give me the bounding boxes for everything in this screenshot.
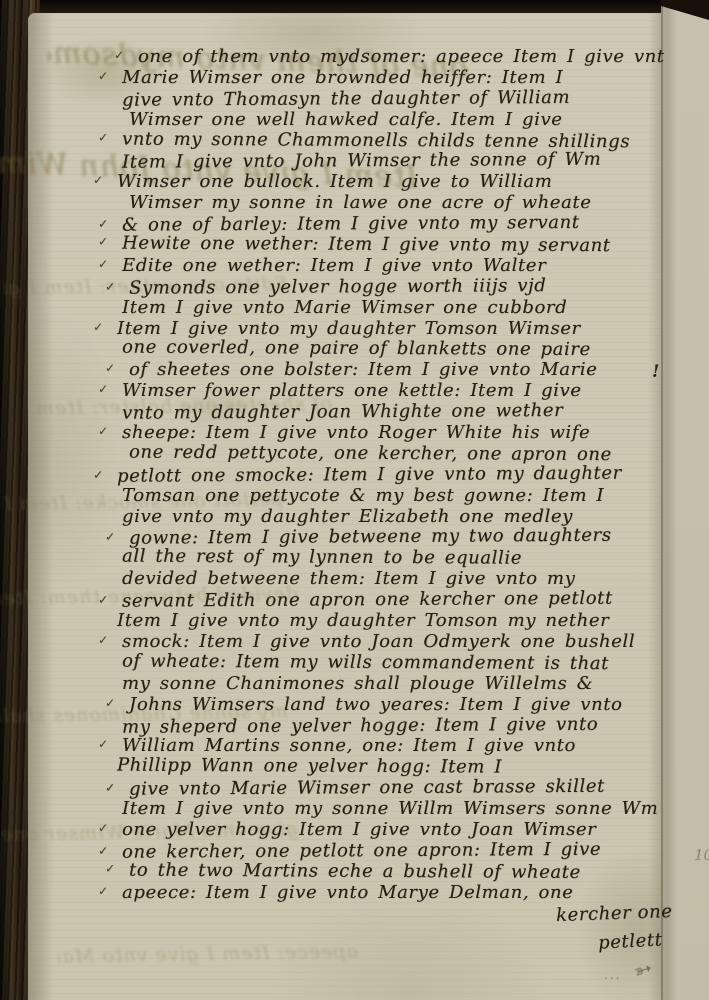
margin-checkmark-icon: ✓: [98, 633, 109, 647]
manuscript-line: Tomsan one pettycote & my best gowne: It…: [122, 485, 670, 506]
manuscript-line: ✓of sheetes one bolster: Item I give vnt…: [129, 359, 670, 380]
margin-checkmark-icon: ✓: [98, 424, 109, 438]
margin-checkmark-icon: ✓: [114, 48, 125, 62]
margin-checkmark-icon: ✓: [98, 69, 109, 83]
margin-exclamation-mark: !: [652, 362, 659, 382]
manuscript-line: ✓Wimser one bullock. Item I give to Will…: [117, 171, 670, 192]
manuscript-line: ✓Hewite one wether: Item I give vnto my …: [122, 233, 670, 257]
margin-checkmark-icon: ✓: [105, 781, 116, 795]
manuscript-line: give vnto Thomasyn the daughter of Willi…: [122, 86, 670, 110]
manuscript-line: ✓apeece: Item I give vnto Marye Delman, …: [122, 882, 670, 903]
margin-checkmark-icon: ✓: [105, 361, 116, 375]
manuscript-line: ✓give vnto Marie Wimser one cast brasse …: [129, 776, 670, 800]
manuscript-line: ✓one of them vnto mydsomer: apeece Item …: [138, 46, 670, 67]
manuscript-line: ✓one kercher, one petlott one apron: Ite…: [122, 838, 670, 862]
flourish-dots: ...: [604, 968, 621, 982]
manuscript-line: one redd pettycote, one kercher, one apr…: [129, 442, 670, 466]
manuscript-line: ✓Wimser fower platters one kettle: Item …: [122, 380, 670, 401]
manuscript-line: of wheate: Item my wills commandement is…: [122, 650, 670, 674]
margin-checkmark-icon: ✓: [105, 696, 116, 710]
manuscript-line: Item I give vnto Marie Wimser one cubbor…: [122, 297, 670, 318]
manuscript-line: ✓Marie Wimser one brownded heiffer: Item…: [122, 67, 670, 88]
manuscript-line: Item I give vnto my sonne Willm Wimsers …: [122, 798, 670, 819]
catchword-line-1: kercher one: [556, 901, 673, 926]
manuscript-line: Item I give vnto my daughter Tomson my n…: [117, 610, 670, 631]
manuscript-line: ✓petlott one smocke: Item I give vnto my…: [117, 462, 670, 486]
manuscript-line: Wimser my sonne in lawe one acre of whea…: [129, 192, 670, 213]
manuscript-line: ✓William Martins sonne, one: Item I give…: [122, 735, 670, 756]
manuscript-line: my sheperd one yelver hogge: Item I give…: [122, 713, 670, 737]
page-corner-shadow: [661, 0, 709, 20]
manuscript-line: Item I give vnto John Wimser the sonne o…: [122, 149, 670, 173]
margin-checkmark-icon: ✓: [98, 884, 109, 898]
manuscript-line: all the rest of my lynnen to be equallie: [122, 546, 670, 570]
manuscript-line: ✓Item I give vnto my daughter Tomson Wim…: [117, 318, 670, 339]
margin-checkmark-icon: ✓: [93, 173, 104, 187]
margin-checkmark-icon: ✓: [105, 530, 116, 544]
margin-checkmark-icon: ✓: [105, 861, 116, 875]
manuscript-line: ✓Johns Wimsers land two yeares: Item I g…: [129, 694, 670, 715]
manuscript-line: one coverled, one paire of blanketts one…: [122, 337, 670, 361]
manuscript-line: vnto my daughter Joan Whighte one wether: [122, 399, 670, 423]
manuscript-line: ✓smock: Item I give vnto Joan Odmyerk on…: [122, 631, 670, 652]
margin-checkmark-icon: ✓: [98, 593, 109, 607]
manuscript-line: ✓to the two Martins eche a bushell of wh…: [129, 859, 670, 883]
manuscript-line: ✓one yelver hogg: Item I give vnto Joan …: [122, 819, 670, 840]
margin-checkmark-icon: ✓: [98, 234, 109, 248]
manuscript-line: ✓Symonds one yelver hogge worth iiijs vj…: [129, 274, 670, 298]
manuscript-line: give vnto my daughter Elizabeth one medl…: [122, 506, 670, 527]
margin-checkmark-icon: ✓: [98, 844, 109, 858]
manuscript-photo: one of them vnto mydsomer: apeece Item I…: [0, 0, 709, 1000]
manuscript-text-block: ✓one of them vnto mydsomer: apeece Item …: [122, 46, 670, 903]
margin-checkmark-icon: ✓: [93, 468, 104, 482]
manuscript-line: ✓servant Edith one apron one kercher one…: [122, 587, 670, 611]
margin-checkmark-icon: ✓: [98, 821, 109, 835]
manuscript-line: my sonne Chanimones shall plouge Willelm…: [122, 673, 670, 694]
manuscript-line: devided betweene them: Item I give vnto …: [122, 568, 670, 589]
margin-checkmark-icon: ✓: [105, 280, 116, 294]
margin-checkmark-icon: ✓: [98, 217, 109, 231]
margin-checkmark-icon: ✓: [93, 320, 104, 334]
margin-checkmark-icon: ✓: [98, 737, 109, 751]
catchword-line-2: petlett: [597, 929, 662, 953]
margin-checkmark-icon: ✓: [98, 257, 109, 271]
bleed-through-line: apeece: Item I give vnto Marye Delman, o…: [58, 940, 358, 967]
manuscript-line: ✓sheepe: Item I give vnto Roger White hi…: [122, 422, 670, 443]
manuscript-line: ✓Edite one wether: Item I give vnto Walt…: [122, 255, 670, 276]
folio-number: 10: [694, 846, 709, 864]
manuscript-line: Wimser one well hawked calfe. Item I giv…: [129, 109, 670, 130]
margin-checkmark-icon: ✓: [98, 130, 109, 144]
margin-checkmark-icon: ✓: [98, 382, 109, 396]
